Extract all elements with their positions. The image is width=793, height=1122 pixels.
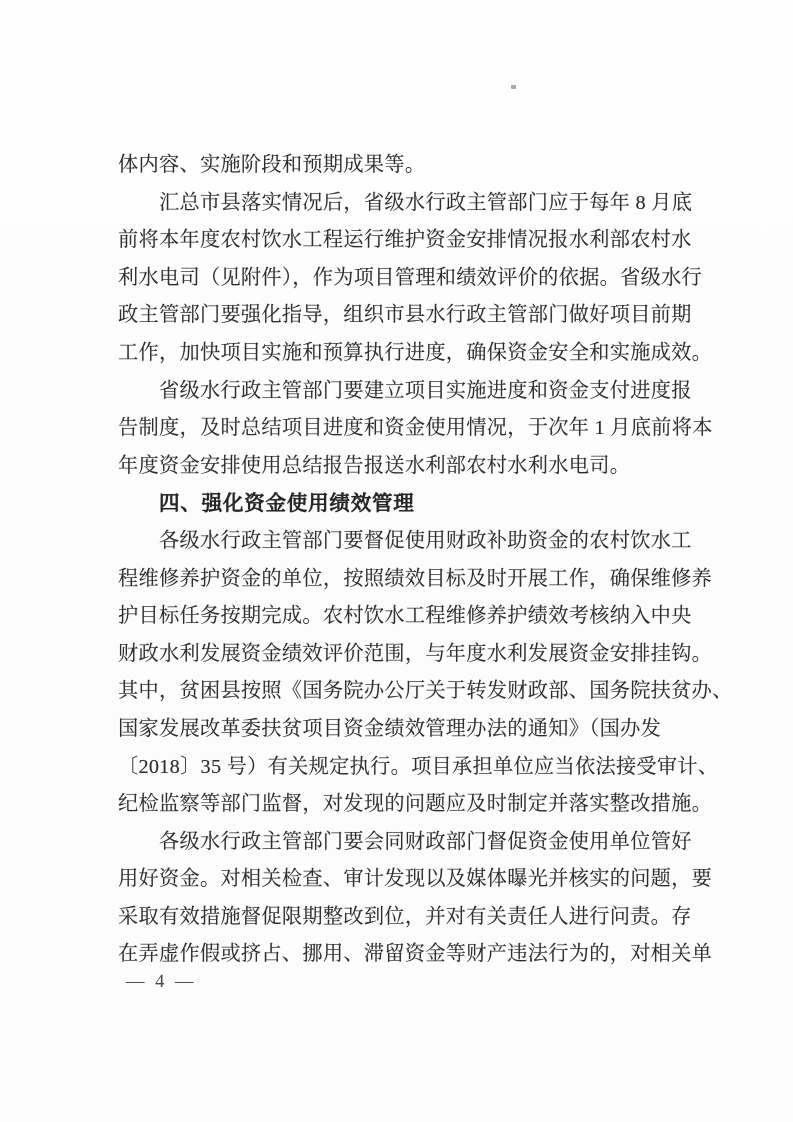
text-line: 用好资金。对相关检查、审计发现以及媒体曝光并核实的问题，要 <box>118 861 684 899</box>
document-body: 体内容、实施阶段和预期成果等。 汇总市县落实情况后，省级水行政主管部门应于每年 … <box>118 147 684 974</box>
text-line: 省级水行政主管部门要建立项目实施进度和资金支付进度报 <box>118 373 684 411</box>
text-line: 年度资金安排使用总结报告报送水利部农村水利水电司。 <box>118 448 684 486</box>
text-line: 前将本年度农村饮水工程运行维护资金安排情况报水利部农村水 <box>118 222 684 260</box>
text-line: 告制度，及时总结项目进度和资金使用情况，于次年 1 月底前将本 <box>118 410 684 448</box>
page-number: — 4 — <box>126 966 197 998</box>
text-line: 各级水行政主管部门要督促使用财政补助资金的农村饮水工 <box>118 523 684 561</box>
text-line: 纪检监察等部门监督，对发现的问题应及时制定并落实整改措施。 <box>118 786 684 824</box>
text-line: 程维修养护资金的单位，按照绩效目标及时开展工作，确保维修养 <box>118 561 684 599</box>
text-line: 政主管部门要强化指导，组织市县水行政主管部门做好项目前期 <box>118 297 684 335</box>
scanned-document-page: 体内容、实施阶段和预期成果等。 汇总市县落实情况后，省级水行政主管部门应于每年 … <box>0 0 793 1122</box>
text-line: 各级水行政主管部门要会同财政部门督促资金使用单位管好 <box>118 824 684 862</box>
scan-speck <box>511 85 516 89</box>
text-line: 其中，贫困县按照《国务院办公厅关于转发财政部、国务院扶贫办、 <box>118 673 684 711</box>
text-line: 护目标任务按期完成。农村饮水工程维修养护绩效考核纳入中央 <box>118 598 684 636</box>
text-line: 在弄虚作假或挤占、挪用、滞留资金等财产违法行为的，对相关单 <box>118 936 684 974</box>
text-line: 工作，加快项目实施和预算执行进度，确保资金安全和实施成效。 <box>118 335 684 373</box>
text-line: 汇总市县落实情况后，省级水行政主管部门应于每年 8 月底 <box>118 185 684 223</box>
text-line: 利水电司（见附件），作为项目管理和绩效评价的依据。省级水行 <box>118 260 684 298</box>
text-line: 国家发展改革委扶贫项目资金绩效管理办法的通知》（国办发 <box>118 711 684 749</box>
text-line: 财政水利发展资金绩效评价范围，与年度水利发展资金安排挂钩。 <box>118 636 684 674</box>
text-line: 体内容、实施阶段和预期成果等。 <box>118 147 684 185</box>
section-heading: 四、强化资金使用绩效管理 <box>118 485 684 523</box>
text-line: 采取有效措施督促限期整改到位，并对有关责任人进行问责。存 <box>118 899 684 937</box>
text-line: 〔2018〕35 号）有关规定执行。项目承担单位应当依法接受审计、 <box>118 749 684 787</box>
